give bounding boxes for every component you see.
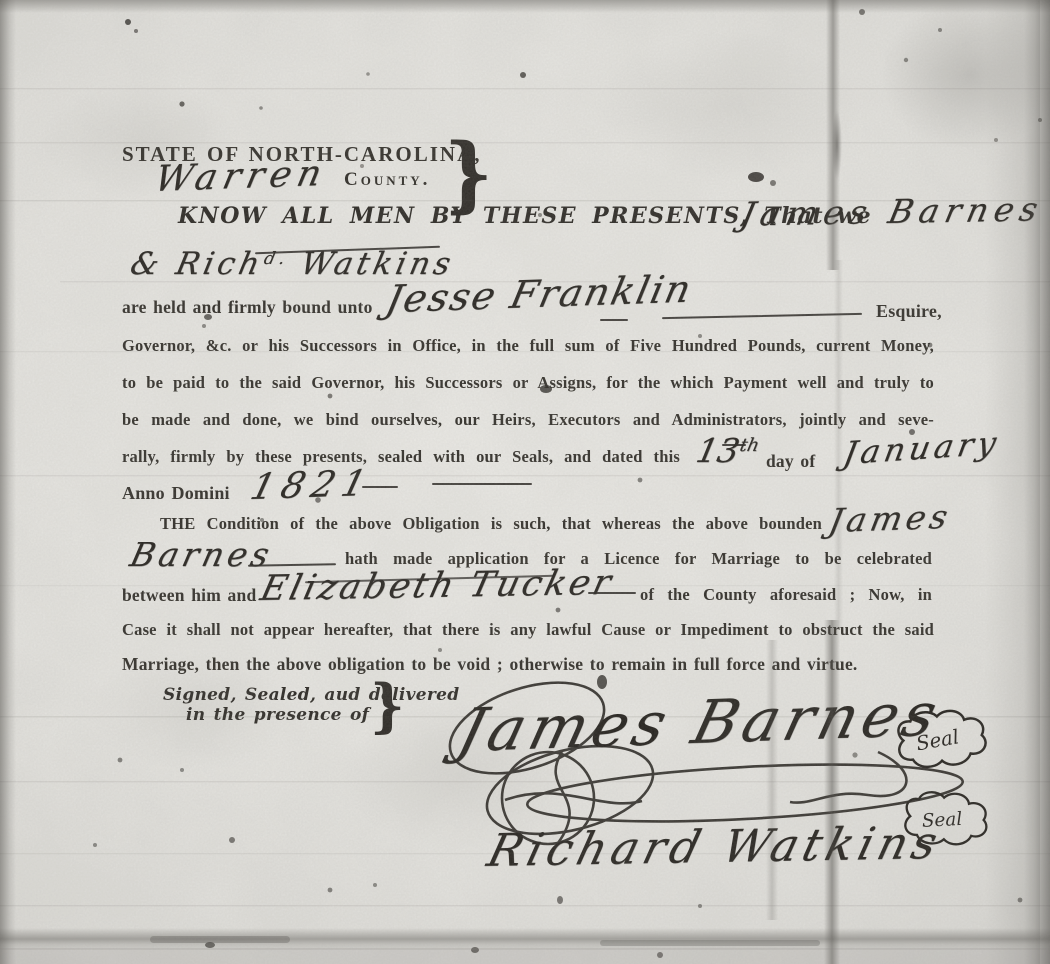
condition-line3-suffix: of the County aforesaid ; Now, in bbox=[640, 585, 932, 606]
bond-bound-unto: are held and firmly bound unto bbox=[122, 297, 373, 319]
paper-edge-top bbox=[0, 0, 1050, 13]
bond-esquire: Esquire, bbox=[876, 300, 942, 323]
month-handwritten: January bbox=[840, 424, 1003, 473]
bond-line5: rally, firmly by these presents, sealed … bbox=[122, 447, 680, 468]
fold-knot bbox=[832, 110, 842, 180]
attestation-brace: } bbox=[370, 676, 405, 734]
bond-line3: to be paid to the said Governor, his Suc… bbox=[122, 373, 934, 394]
groom-first-handwritten: James bbox=[826, 497, 955, 540]
crease-dark-segment bbox=[150, 936, 290, 943]
condition-line3-prefix: between him and bbox=[122, 585, 256, 607]
county-name-handwritten: Warren bbox=[151, 153, 331, 200]
paper-edge-right bbox=[1024, 0, 1050, 964]
ink-dash bbox=[432, 483, 532, 485]
day-of-label: day of bbox=[766, 451, 815, 473]
bottom-strip bbox=[0, 948, 1050, 964]
bond-line2: Governor, &c. or his Successors in Offic… bbox=[122, 336, 934, 357]
ink-dash bbox=[600, 319, 628, 321]
paper-edge-left bbox=[0, 0, 16, 964]
obligor2-prefix: & Rich bbox=[127, 246, 267, 282]
signature-james-barnes: James Barnes bbox=[451, 680, 949, 767]
scan-blotch bbox=[600, 30, 860, 180]
groom-last-handwritten: Barnes bbox=[126, 535, 276, 574]
document-page: STATE OF NORTH-CAROLINA, Warren County. … bbox=[0, 0, 1050, 964]
scan-blotch bbox=[880, 0, 1050, 150]
anno-domini-label: Anno Domini bbox=[122, 482, 230, 505]
day-number-handwritten: 13th bbox=[693, 431, 762, 470]
signature-richard-watkins: Richard Watkins bbox=[482, 816, 947, 877]
proclamation-text: KNOW ALL MEN BY THESE PRESENTS, bbox=[178, 203, 749, 229]
condition-line1: THE Condition of the above Obligation is… bbox=[160, 514, 822, 535]
year-handwritten: 1821 bbox=[246, 463, 377, 508]
condition-line4: Case it shall not appear hereafter, that… bbox=[122, 620, 934, 641]
ink-dash bbox=[662, 313, 862, 320]
bride-handwritten: Elizabeth Tucker bbox=[257, 563, 618, 609]
fold-line-middle bbox=[834, 260, 843, 630]
attestation-line1: Signed, Sealed, aud delivered bbox=[163, 685, 459, 705]
day-number: 13 bbox=[693, 431, 743, 470]
county-label: County. bbox=[344, 168, 430, 192]
attestation-line2: in the presence of bbox=[186, 705, 369, 725]
bond-line4: be made and done, we bind ourselves, our… bbox=[122, 410, 934, 431]
crease-bottom bbox=[0, 928, 1050, 950]
paper-edge-right-soft bbox=[985, 0, 1040, 964]
crease-dark-segment bbox=[600, 940, 820, 946]
obligor1-handwritten: James Barnes bbox=[737, 189, 1047, 233]
fold-streak bbox=[766, 640, 778, 920]
condition-line5: Marriage, then the above obligation to b… bbox=[122, 654, 858, 676]
